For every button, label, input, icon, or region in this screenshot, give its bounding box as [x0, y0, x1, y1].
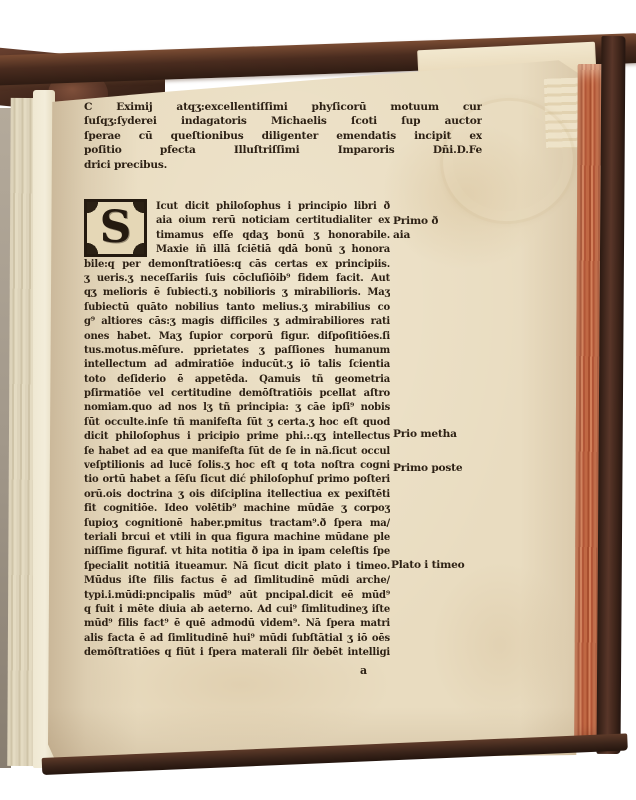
body-line: aia oium rerū noticiam certitudialiter e… [84, 214, 390, 228]
body-line: tio ortū habet a ſēſu ſicut dić philoſop… [84, 473, 390, 487]
body-line: bile:q per demonſtratiōes:q cās certas e… [84, 258, 390, 272]
signature-mark: a [360, 664, 367, 677]
body-line: ones habet. Maʒ ſupior corporū figur. di… [84, 330, 390, 344]
body-line: qʒ melioris ē ſubiecti.ʒ nobilioris ʒ mi… [84, 286, 390, 300]
body-line: niſſime figuraf. vt hita notitia ð ipa i… [84, 545, 390, 559]
incipit-line: ſuſqʒ:ſyderei indagatoris Michaelis ſcot… [84, 114, 482, 128]
body-line: g⁹ altiores cās:ʒ magis difficiles ʒ adm… [84, 315, 390, 329]
body-line: timamus eſſe qdaʒ bonū ʒ honorabile. [84, 229, 390, 243]
incipit-line: drici precibus. [84, 158, 482, 172]
book-photo: { "colors": { "background": "#ffffff", "… [0, 0, 636, 800]
body-line: typi.i.mūdi:pncipalis mūd⁹ aūt pncipal.d… [84, 589, 390, 603]
body-line: veſptilionis ad lucē ſolis.ʒ hoc eſt q t… [84, 459, 390, 473]
body-line: Mūdus iſte filis factus ē ad ſimlitudinē… [84, 574, 390, 588]
margin-note-line: aia [393, 229, 438, 243]
incipit-line: ſperae cū queſtionibus diligenter emenda… [84, 129, 482, 143]
body-line: nomiam.quo ad nos lʒ tñ principia: ʒ cāe… [84, 401, 390, 415]
body-line: ſubiectū quāto nobilius tanto melius.ʒ m… [84, 301, 390, 315]
main-text-block: Icut dicit philoſophus i principio libri… [84, 200, 390, 661]
body-line: tus.motus.mēſure. pprietates ʒ paſſiones… [84, 344, 390, 358]
body-line: ſūt occulte.inſe tñ manifeſta ſūt ʒ cert… [84, 416, 390, 430]
body-line: teriali brcui et vtili in qua figura mac… [84, 531, 390, 545]
incipit-paragraph: C Eximij atqʒ:excellentiſſimi phyſicorū … [84, 100, 482, 172]
body-line: ſpecialit notitiā itueamur. Nā ſicut dic… [84, 560, 390, 574]
margin-note-plato: Plato i timeo [391, 559, 465, 573]
body-line: ſe habet ad ea que manifeſta ſūt de ſe i… [84, 445, 390, 459]
margin-note-line: Primo ð [393, 215, 438, 229]
body-line: Maxie iñ illā ſciētiā qdā bonū ʒ honora [84, 243, 390, 257]
leather-right-edge [596, 36, 625, 754]
body-line: dicit philoſophus i pricipio prime phi.:… [84, 430, 390, 444]
body-line: demōſtratiōes q fiūt i ſpera materali ſi… [84, 646, 390, 660]
body-line: mūd⁹ filis fact⁹ ē quē admodū videm⁹. Nā… [84, 617, 390, 631]
body-line: ſupioʒ cognitionē haber.pmitus tractam⁹.… [84, 517, 390, 531]
body-line: Icut dicit philoſophus i principio libri… [84, 200, 390, 214]
incipit-line: C Eximij atqʒ:excellentiſſimi phyſicorū … [84, 100, 482, 114]
margin-note-de-anima: Primo ð aia [393, 215, 438, 242]
body-line: q fuit i mēte diuia ab aeterno. Ad cui⁹ … [84, 603, 390, 617]
body-line: intellectum ad admiratiōe inducūt.ʒ iō t… [84, 358, 390, 372]
margin-note-posterior: Primo poste [393, 462, 462, 476]
body-line: pſirmatiōe vel certitudine demōſtratiōis… [84, 387, 390, 401]
incipit-line: poſitio pfecta Illuſtriſſimi Imparoris D… [84, 143, 482, 157]
body-line: ʒ ueris.ʒ neceſſariis ſuis cōcluſiōib⁹ f… [84, 272, 390, 286]
body-line: alis facta ē ad ſimlitudinē hui⁹ mūdi ſu… [84, 632, 390, 646]
body-line: orū.ois doctrina ʒ ois diſciplina itelle… [84, 488, 390, 502]
margin-note-metaphysics: Prio metha [393, 428, 457, 442]
body-line: toto deſiderio ē appetēda. Qamuis tñ geo… [84, 373, 390, 387]
body-line: fit cognitiōe. Ideo volētib⁹ machine mūd… [84, 502, 390, 516]
